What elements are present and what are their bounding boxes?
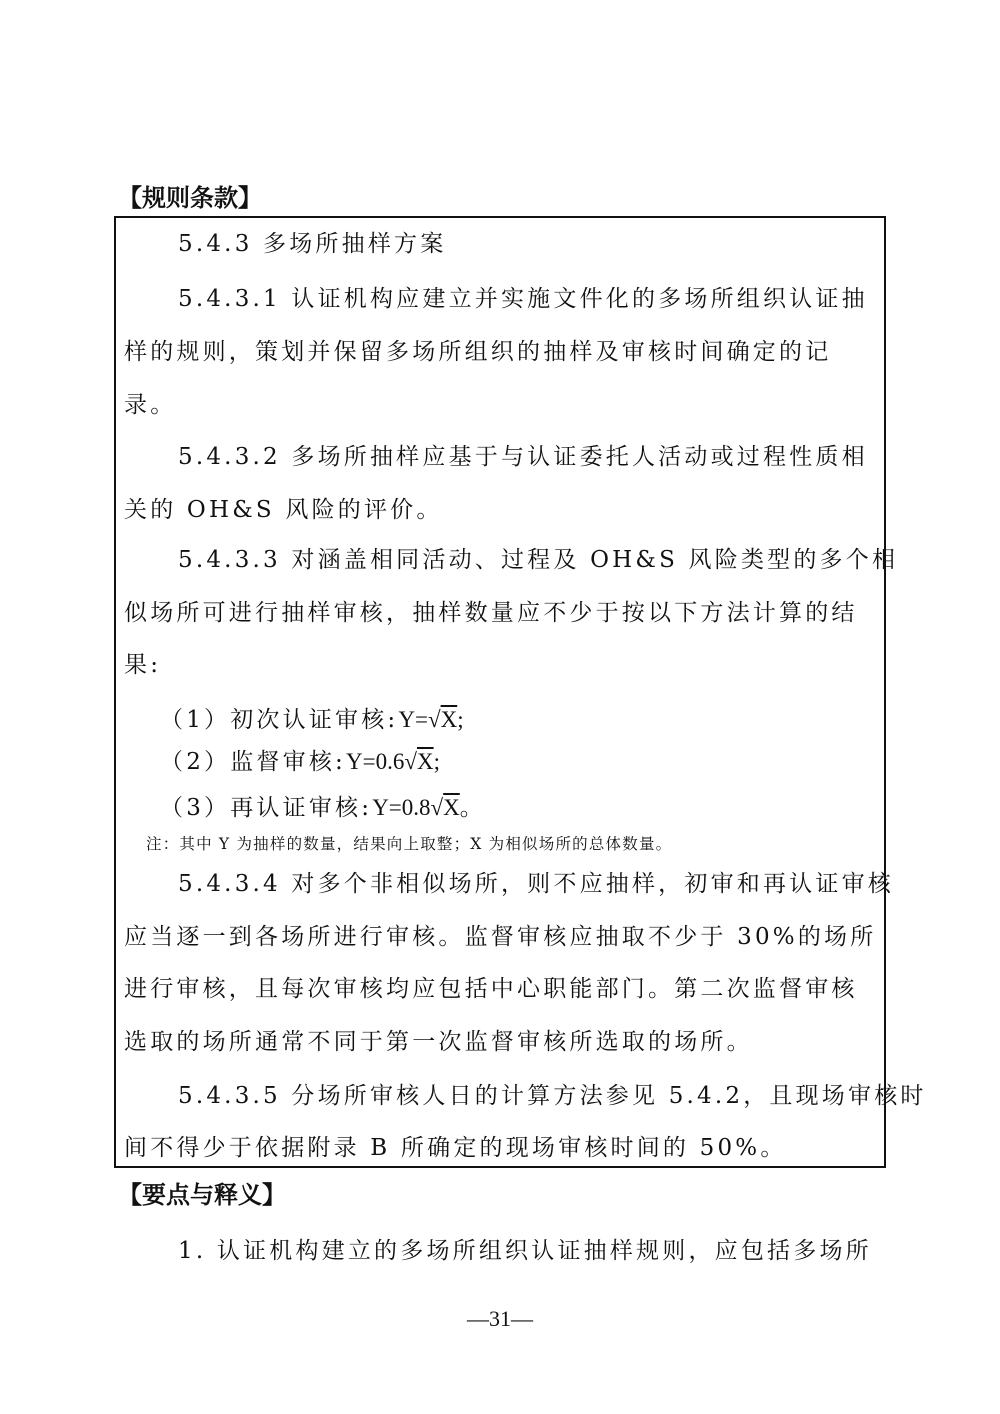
rule-5-4-3-4-line-2: 应当逐一到各场所进行审核。监督审核应抽取不少于 30%的场所	[124, 922, 876, 952]
formula-note: 注：其中 Y 为抽样的数量，结果向上取整；X 为相似场所的总体数量。	[146, 834, 672, 854]
rule-5-4-3-4-line-3: 进行审核，且每次审核均应包括中心职能部门。第二次监督审核	[124, 974, 858, 1004]
page-number: —31—	[0, 1305, 1000, 1333]
section-heading-notes: 【要点与释义】	[118, 1180, 286, 1210]
notes-item-1-line-1: 1. 认证机构建立的多场所组织认证抽样规则，应包括多场所	[178, 1236, 872, 1266]
formula-recertification-audit: （3）再认证审核:Y=0.8√X。	[160, 793, 483, 823]
formula-expr: Y=√X;	[398, 707, 463, 732]
rule-5-4-3-4-line-1: 5.4.3.4 对多个非相似场所，则不应抽样，初审和再认证审核	[178, 869, 894, 899]
section-heading-rules: 【规则条款】	[118, 183, 262, 213]
rule-5-4-3-3-line-3: 果:	[124, 650, 161, 680]
rule-5-4-3-3-line-1: 5.4.3.3 对涵盖相同活动、过程及 OH&S 风险类型的多个相	[178, 545, 898, 575]
rule-5-4-3-1-line-2: 样的规则，策划并保留多场所组织的抽样及审核时间确定的记	[124, 337, 831, 367]
rule-5-4-3-5-line-2: 间不得少于依据附录 B 所确定的现场审核时间的 50%。	[124, 1133, 787, 1163]
formula-surveillance-audit: （2）监督审核:Y=0.6√X;	[160, 747, 440, 777]
rule-5-4-3-5-line-1: 5.4.3.5 分场所审核人日的计算方法参见 5.4.2，且现场审核时	[178, 1081, 927, 1111]
formula-initial-audit: （1）初次认证审核:Y=√X;	[160, 705, 464, 735]
rule-5-4-3-2-line-2: 关的 OH&S 风险的评价。	[124, 495, 443, 525]
rule-title-5-4-3: 5.4.3 多场所抽样方案	[178, 229, 446, 259]
rule-5-4-3-2-line-1: 5.4.3.2 多场所抽样应基于与认证委托人活动或过程性质相	[178, 442, 868, 472]
formula-expr: Y=0.8√X。	[372, 795, 483, 820]
rule-5-4-3-1-line-1: 5.4.3.1 认证机构应建立并实施文件化的多场所组织认证抽	[178, 284, 868, 314]
formula-label: （2）监督审核:	[160, 749, 346, 775]
formula-label: （3）再认证审核:	[160, 795, 372, 821]
rule-5-4-3-1-line-3: 录。	[124, 390, 176, 420]
formula-expr: Y=0.6√X;	[346, 749, 440, 774]
formula-label: （1）初次认证审核:	[160, 707, 398, 733]
rule-5-4-3-3-line-2: 似场所可进行抽样审核，抽样数量应不少于按以下方法计算的结	[124, 598, 858, 628]
rule-5-4-3-4-line-4: 选取的场所通常不同于第一次监督审核所选取的场所。	[124, 1027, 753, 1057]
